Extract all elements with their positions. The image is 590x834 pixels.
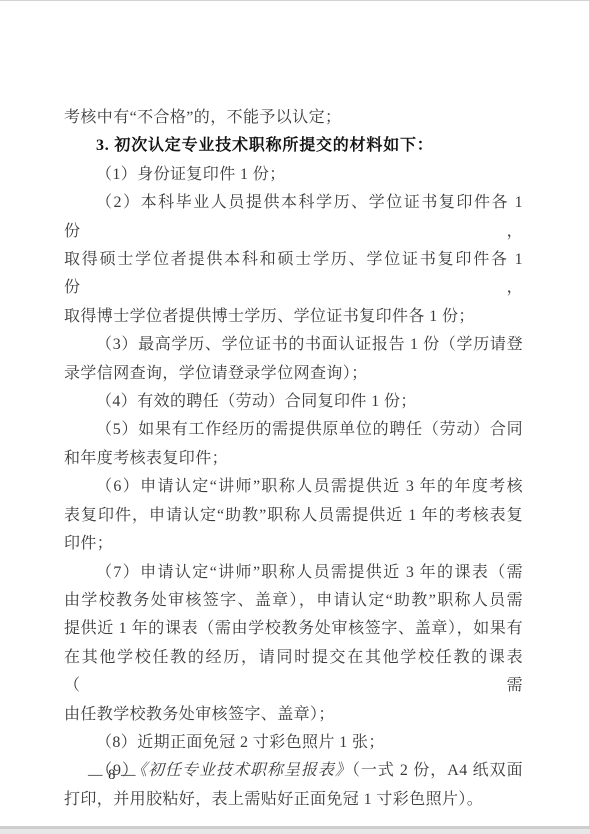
list-item-4: （4）有效的聘任（劳动）合同复印件 1 份； [64,388,523,416]
text-line: 印件； [64,530,523,558]
document-page: 考核中有“不合格”的，不能予以认定； 3. 初次认定专业技术职称所提交的材料如下… [0,0,590,826]
text-line: 取得博士学位者提供博士学历、学位证书复印件各 1 份； [64,303,523,331]
text-line: 录学信网查询，学位请登录学位网查询）； [64,360,523,388]
list-item-1: （1）身份证复印件 1 份； [64,161,523,189]
list-item-5: （5）如果有工作经历的需提供原单位的聘任（劳动）合同 [64,416,523,444]
page-number: — 8 — [88,767,137,784]
list-item-8: （8）近期正面免冠 2 寸彩色照片 1 张； [64,729,523,757]
text-line: 表复印件，申请认定“助教”职称人员需提供近 1 年的考核表复 [64,502,523,530]
text-line: 提供近 1 年的课表（需由学校教务处审核签字、盖章），如果有 [64,615,523,643]
list-item-2: （2）本科毕业人员提供本科学历、学位证书复印件各 1 份， [64,189,523,246]
form-title-text: 《初任专业技术职称呈报表》 [139,762,352,779]
list-item-6: （6）申请认定“讲师”职称人员需提供近 3 年的年度考核 [64,473,523,501]
text-line: 和年度考核表复印件； [64,445,523,473]
text-segment: （一式 2 份，A4 纸双面 [352,762,523,779]
text-line: 考核中有“不合格”的，不能予以认定； [64,104,523,132]
page-edge-divider [0,826,590,834]
text-line: 取得硕士学位者提供本科和硕士学历、学位证书复印件各 1 份， [64,246,523,303]
text-line: 由学校教务处审核签字、盖章），申请认定“助教”职称人员需 [64,587,523,615]
list-item-3: （3）最高学历、学位证书的书面认证报告 1 份（学历请登 [64,331,523,359]
text-line: 由任教学校教务处审核签字、盖章）； [64,701,523,729]
document-body: 考核中有“不合格”的，不能予以认定； 3. 初次认定专业技术职称所提交的材料如下… [64,104,523,814]
section-heading: 3. 初次认定专业技术职称所提交的材料如下： [64,132,523,160]
list-item-7: （7）申请认定“讲师”职称人员需提供近 3 年的课表（需 [64,559,523,587]
text-line: 在其他学校任教的经历，请同时提交在其他学校任教的课表（需 [64,644,523,701]
text-line: 打印，并用胶粘好，表上需贴好正面免冠 1 寸彩色照片）。 [64,786,523,814]
